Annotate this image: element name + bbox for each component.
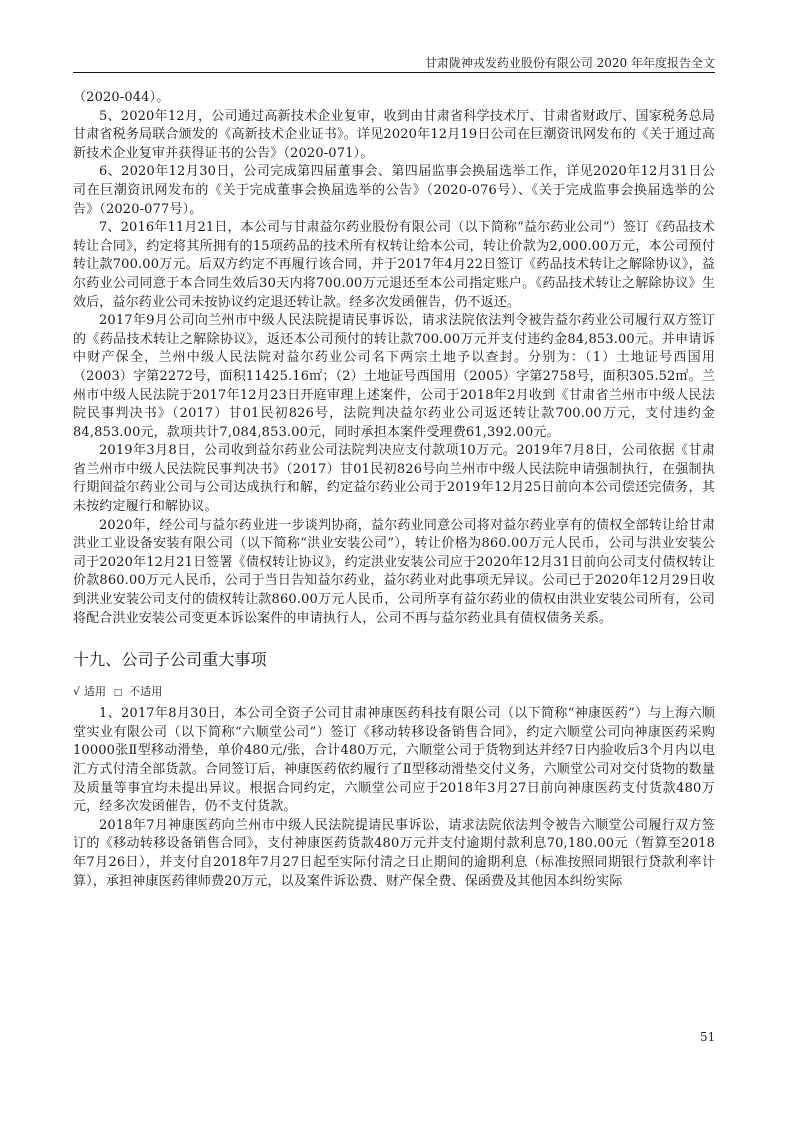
not-applicable-label: 不适用 (129, 685, 162, 698)
paragraph-item-6: 6、2020年12月30日，公司完成第四届董事会、第四届监事会换届选举工作，详见… (73, 163, 715, 219)
section-title: 十九、公司子公司重大事项 (73, 650, 715, 670)
paragraph: 2018年7月神康医药向兰州市中级人民法院提请民事诉讼，请求法院依法判令被告六顺… (73, 817, 715, 891)
header-divider (73, 72, 715, 73)
applicability-selector: √ 适用 □ 不适用 (73, 684, 715, 701)
page-number: 51 (700, 1030, 715, 1044)
paragraph: 2017年9月公司向兰州市中级人民法院提请民事诉讼，请求法院依法判令被告益尔药业… (73, 312, 715, 442)
empty-checkbox-icon: □ (114, 688, 123, 698)
header-title: 甘肃陇神戎发药业股份有限公司 2020 年年度报告全文 (425, 56, 715, 70)
document-body: （2020-044）。 5、2020年12月，公司通过高新技术企业复审，收到由甘… (73, 89, 715, 891)
page-header: 甘肃陇神戎发药业股份有限公司 2020 年年度报告全文 (73, 56, 715, 70)
paragraph-item-1: 1、2017年8月30日，本公司全资子公司甘肃神康医药科技有限公司（以下简称“神… (73, 705, 715, 817)
applicable-label: 适用 (84, 685, 106, 698)
paragraph: （2020-044）。 (73, 89, 715, 108)
paragraph: 2020年，经公司与益尔药业进一步谈判协商，益尔药业同意公司将对益尔药业享有的债… (73, 517, 715, 629)
paragraph-item-7: 7、2016年11月21日，本公司与甘肃益尔药业股份有限公司（以下简称“益尔药业… (73, 219, 715, 312)
paragraph-item-5: 5、2020年12月，公司通过高新技术企业复审，收到由甘肃省科学技术厅、甘肃省财… (73, 108, 715, 164)
paragraph: 2019年3月8日，公司收到益尔药业公司法院判决应支付款项10万元。2019年7… (73, 442, 715, 516)
checkmark-icon: √ (73, 685, 80, 698)
